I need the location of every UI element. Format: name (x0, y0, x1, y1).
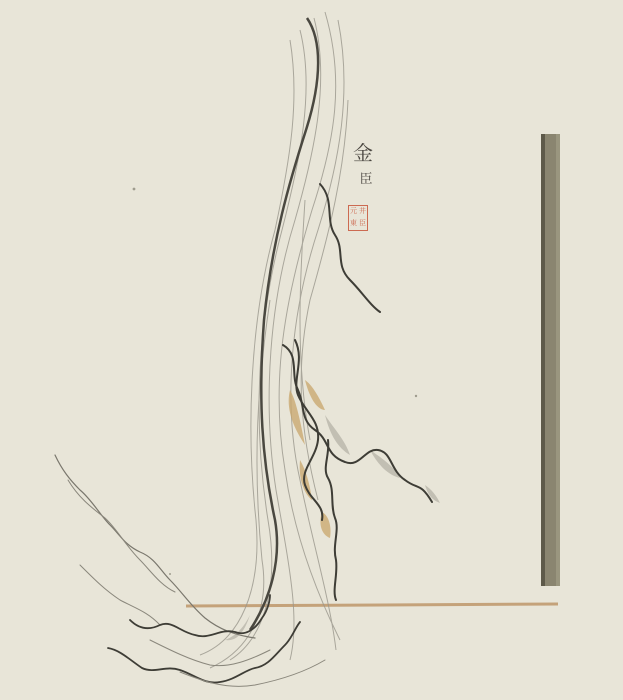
painting-canvas: 金 臣 元 井 東 臣 (0, 0, 623, 700)
seal-char: 臣 (358, 218, 367, 230)
signature-char-2: 臣 (358, 172, 374, 188)
seal-char: 元 (349, 206, 358, 218)
red-seal: 元 井 東 臣 (348, 205, 368, 231)
vertical-post (541, 134, 560, 586)
wavy-ink-lines (283, 184, 432, 600)
horizontal-rule (186, 604, 558, 606)
signature-char-1: 金 (352, 142, 374, 164)
seal-char: 井 (358, 206, 367, 218)
gold-washes (289, 380, 331, 538)
waterfall-painting (0, 0, 623, 700)
seal-char: 東 (349, 218, 358, 230)
bottom-wave-strokes (55, 455, 325, 686)
artist-signature: 金 臣 (352, 142, 374, 188)
